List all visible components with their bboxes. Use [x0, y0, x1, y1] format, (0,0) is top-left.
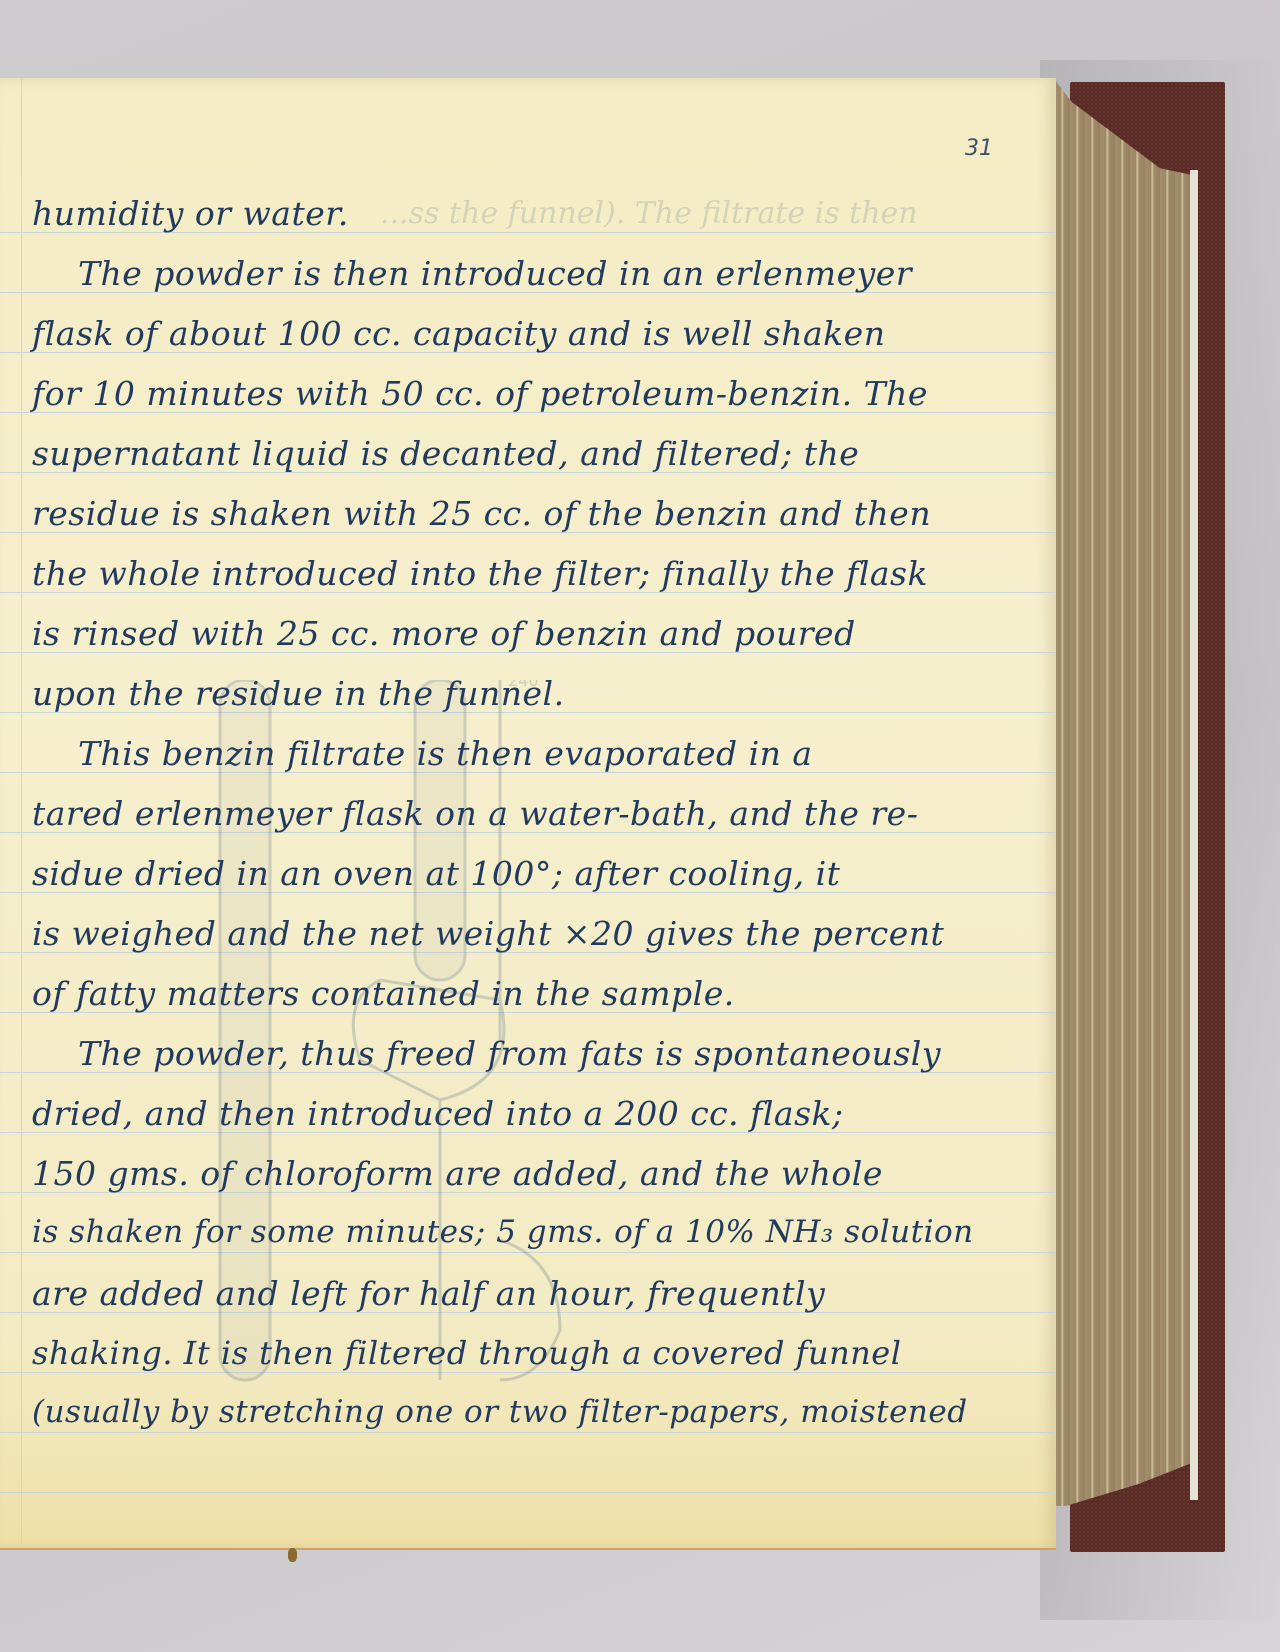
- page-number: 31: [965, 136, 993, 161]
- text-line: tared erlenmeyer flask on a water-bath, …: [32, 794, 918, 833]
- text-line: is rinsed with 25 cc. more of benzin and…: [32, 614, 856, 653]
- text-line: dried, and then introduced into a 200 cc…: [32, 1094, 844, 1133]
- page-fore-edge: [1055, 80, 1195, 1550]
- bleed-through-text: ...ss the funnel). The filtrate is then: [380, 196, 918, 231]
- text-line: residue is shaken with 25 cc. of the ben…: [32, 494, 931, 533]
- text-line: are added and left for half an hour, fre…: [32, 1274, 825, 1313]
- text-line: (usually by stretching one or two filter…: [32, 1394, 968, 1430]
- margin-line: [21, 78, 22, 1548]
- text-line: 150 gms. of chloroform are added, and th…: [32, 1154, 883, 1193]
- text-line: for 10 minutes with 50 cc. of petroleum-…: [32, 374, 928, 413]
- text-line: is shaken for some minutes; 5 gms. of a …: [32, 1214, 974, 1250]
- text-line: supernatant liquid is decanted, and filt…: [32, 434, 859, 473]
- text-line: sidue dried in an oven at 100°; after co…: [32, 854, 840, 893]
- text-line: shaking. It is then filtered through a c…: [32, 1334, 901, 1372]
- ink-stain: [288, 1548, 297, 1562]
- text-line: This benzin filtrate is then evaporated …: [78, 734, 813, 773]
- text-line: humidity or water.: [32, 194, 349, 233]
- text-line: the whole introduced into the filter; fi…: [32, 554, 928, 593]
- ruled-line: [0, 1432, 1056, 1433]
- text-line: The powder is then introduced in an erle…: [78, 254, 912, 293]
- text-line: is weighed and the net weight ×20 gives …: [32, 914, 944, 953]
- text-line: flask of about 100 cc. capacity and is w…: [32, 314, 885, 353]
- text-line: of fatty matters contained in the sample…: [32, 974, 735, 1013]
- text-line: The powder, thus freed from fats is spon…: [78, 1034, 941, 1073]
- text-line: upon the residue in the funnel.: [32, 674, 565, 713]
- ruled-line: [0, 1492, 1056, 1493]
- endpaper: [1190, 170, 1198, 1500]
